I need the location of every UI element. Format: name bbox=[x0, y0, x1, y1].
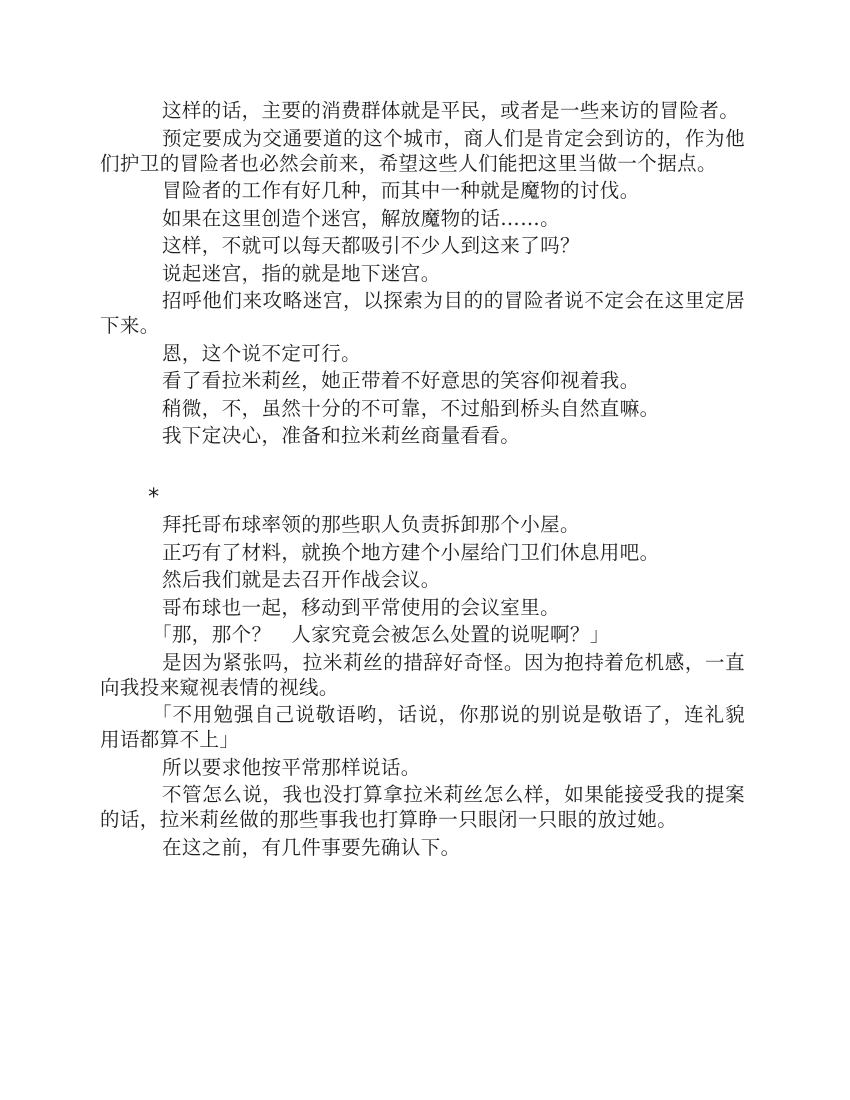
paragraph: 哥布球也一起，移动到平常使用的会议室里。 bbox=[100, 595, 745, 620]
paragraph: 恩，这个说不定可行。 bbox=[100, 341, 745, 366]
scene-break-asterisk: * bbox=[147, 485, 745, 510]
paragraph: 所以要求他按平常那样说话。 bbox=[100, 755, 745, 780]
paragraph: 看了看拉米莉丝，她正带着不好意思的笑容仰视着我。 bbox=[100, 368, 745, 393]
paragraph: 如果在这里创造个迷宫，解放魔物的话……。 bbox=[100, 206, 745, 231]
paragraph: 我下定决心，准备和拉米莉丝商量看看。 bbox=[100, 423, 745, 448]
paragraph: 正巧有了材料，就换个地方建个小屋给门卫们休息用吧。 bbox=[100, 540, 745, 565]
paragraph: 预定要成为交通要道的这个城市，商人们是肯定会到访的，作为他们护卫的冒险者也必然会… bbox=[100, 126, 745, 176]
paragraph: 冒险者的工作有好几种，而其中一种就是魔物的讨伐。 bbox=[100, 178, 745, 203]
paragraph: 说起迷宫，指的就是地下迷宫。 bbox=[100, 261, 745, 286]
paragraph: 不管怎么说，我也没打算拿拉米莉丝怎么样，如果能接受我的提案的话，拉米莉丝做的那些… bbox=[100, 782, 745, 832]
paragraph: 拜托哥布球率领的那些职人负责拆卸那个小屋。 bbox=[100, 512, 745, 537]
document-page: 这样的话，主要的消费群体就是平民，或者是一些来访的冒险者。 预定要成为交通要道的… bbox=[100, 98, 745, 862]
paragraph: 然后我们就是去召开作战会议。 bbox=[100, 567, 745, 592]
dialogue-paragraph: 「不用勉强自己说敬语哟，话说，你那说的别说是敬语了，连礼貌用语都算不上」 bbox=[100, 702, 745, 752]
paragraph: 这样的话，主要的消费群体就是平民，或者是一些来访的冒险者。 bbox=[100, 98, 745, 123]
paragraph: 稍微，不，虽然十分的不可靠，不过船到桥头自然直嘛。 bbox=[100, 396, 745, 421]
dialogue-paragraph: 「那，那个？ 人家究竟会被怎么处置的说呢啊？」 bbox=[100, 622, 745, 647]
paragraph: 招呼他们来攻略迷宫，以探索为目的的冒险者说不定会在这里定居下来。 bbox=[100, 288, 745, 338]
paragraph: 是因为紧张吗，拉米莉丝的措辞好奇怪。因为抱持着危机感，一直向我投来窥视表情的视线… bbox=[100, 650, 745, 700]
paragraph: 在这之前，有几件事要先确认下。 bbox=[100, 835, 745, 860]
paragraph: 这样，不就可以每天都吸引不少人到这来了吗？ bbox=[100, 233, 745, 258]
